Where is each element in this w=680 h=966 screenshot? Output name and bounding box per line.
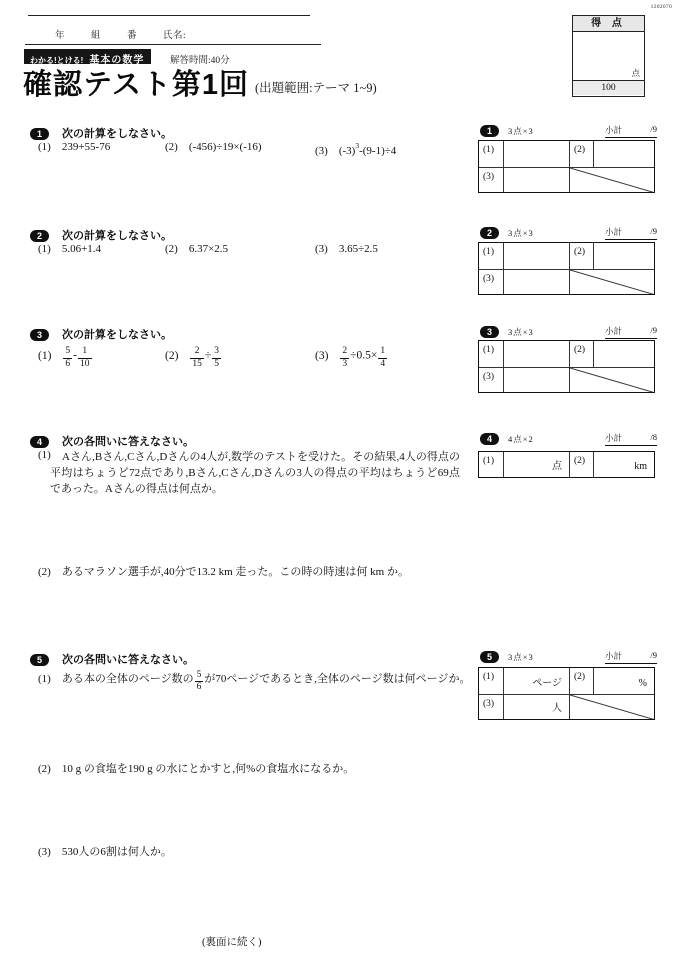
ansbox-4-answer-1[interactable]: 点 <box>503 452 569 477</box>
ansbox-3-points: 3点×3 <box>508 326 534 338</box>
question-3-badge: 3 <box>30 329 49 341</box>
q5-item-3: (3)530人の6割は何人か。 <box>38 843 172 859</box>
ansbox-5-subtotal: 小計/9 <box>605 650 657 664</box>
q1-item-2: (2)(-456)÷19×(-16) <box>165 141 262 153</box>
diagonal-strike <box>570 168 654 193</box>
q2-item-2-expr: 6.37×2.5 <box>189 243 228 255</box>
fraction: 215 <box>190 347 204 369</box>
ansbox-3-answer-1[interactable] <box>503 341 569 367</box>
q3-item-2-op: ÷ <box>205 350 211 362</box>
ansbox-1-badge: 1 <box>480 125 499 137</box>
q5-item-2-label: (2) <box>38 763 51 775</box>
ansbox-1-label-2: (2) <box>569 141 593 167</box>
ansbox-1-table: (1) (2) (3) <box>478 140 655 193</box>
ansbox-1-answer-3[interactable] <box>503 167 569 193</box>
q1-item-1-label: (1) <box>38 141 51 153</box>
diagonal-strike <box>570 270 654 295</box>
ansbox-4-table: (1) 点 (2) km <box>478 451 655 478</box>
name-field-label: 氏名: <box>163 31 186 41</box>
ansbox-4-label-1: (1) <box>479 452 503 477</box>
score-unit-label: 点 <box>631 67 640 79</box>
ansbox-1-points: 3点×3 <box>508 125 534 137</box>
name-bottom-rule <box>25 44 321 45</box>
question-5-badge: 5 <box>30 654 49 666</box>
q4-item-1-text: Aさん,Bさん,Cさん,Dさんの4人が,数学のテストを受けた。その結果,4人の得… <box>50 449 460 497</box>
ansbox-4-points: 4点×2 <box>508 433 534 445</box>
q5-item-2: (2)10 g の食塩を190 g の水にとかすと,何%の食塩水になるか。 <box>38 760 354 776</box>
q3-item-1-op: - <box>73 350 77 362</box>
ansbox-3-answer-2[interactable] <box>593 341 654 367</box>
score-entry-area[interactable]: 点 <box>573 32 644 80</box>
ansbox-3-label-2: (2) <box>569 341 593 367</box>
fraction: 23 <box>340 347 349 369</box>
q3-item-1: (1)56-110 <box>38 347 93 369</box>
name-top-rule <box>28 15 310 16</box>
answer-unit: % <box>639 678 647 689</box>
ansbox-4-label-2: (2) <box>569 452 593 477</box>
q3-item-1-label: (1) <box>38 350 51 362</box>
q1-item-1-expr: 239+55-76 <box>62 141 110 153</box>
ansbox-5-answer-1[interactable]: ページ <box>503 668 569 694</box>
ansbox-2-answer-3[interactable] <box>503 269 569 295</box>
q1-item-2-label: (2) <box>165 141 178 153</box>
ansbox-3-table: (1) (2) (3) <box>478 340 655 393</box>
class-field-label: 組 <box>91 31 101 41</box>
question-3-prompt: 次の計算をしなさい。 <box>62 329 172 341</box>
ansbox-1-label-3: (3) <box>479 167 503 193</box>
q5-item-1-pre: ある本の全体のページ数の <box>62 673 194 685</box>
ansbox-5-answer-3[interactable]: 人 <box>503 694 569 720</box>
q4-item-2-label: (2) <box>38 566 51 578</box>
subtotal-label: 小計 <box>605 650 622 662</box>
subtotal-label: 小計 <box>605 226 622 238</box>
diagonal-strike <box>570 368 654 393</box>
q3-item-3-label: (3) <box>315 350 328 362</box>
ansbox-5-points: 3点×3 <box>508 651 534 663</box>
ansbox-1-label-1: (1) <box>479 141 503 167</box>
q3-item-2: (2)215÷35 <box>165 347 222 369</box>
ansbox-2-label-1: (1) <box>479 243 503 269</box>
q2-item-3: (3)3.65÷2.5 <box>315 243 378 255</box>
ansbox-5-label-3: (3) <box>479 694 503 720</box>
subtotal-max: /8 <box>650 432 657 444</box>
q2-item-1: (1)5.06+1.4 <box>38 243 101 255</box>
fraction: 110 <box>78 347 92 369</box>
q4-item-1-label-wrap: (1) <box>38 449 51 461</box>
ansbox-5-badge: 5 <box>480 651 499 663</box>
ansbox-3-subtotal: 小計/9 <box>605 325 657 339</box>
ansbox-2-table: (1) (2) (3) <box>478 242 655 295</box>
ansbox-1-subtotal: 小計/9 <box>605 124 657 138</box>
ansbox-2-points: 3点×3 <box>508 227 534 239</box>
q4-item-1-label: (1) <box>38 449 51 461</box>
question-4-prompt: 次の各問いに答えなさい。 <box>62 436 194 448</box>
ansbox-5-answer-2[interactable]: % <box>593 668 654 694</box>
ansbox-5-label-1: (1) <box>479 668 503 694</box>
ansbox-3-void-cell <box>569 367 654 393</box>
q3-item-3-op: ÷0.5× <box>350 350 377 362</box>
score-box-title: 得 点 <box>573 16 644 32</box>
q1-item-3: (3)(-3)3-(9-1)÷4 <box>315 141 396 157</box>
subtotal-max: /9 <box>650 325 657 337</box>
q5-item-1: (1)ある本の全体のページ数の56が70ページであるとき,全体のページ数は何ペー… <box>38 670 470 693</box>
ansbox-4-badge: 4 <box>480 433 499 445</box>
ansbox-3-label-1: (1) <box>479 341 503 367</box>
q1-item-2-expr: (-456)÷19×(-16) <box>189 141 262 153</box>
q2-item-3-label: (3) <box>315 243 328 255</box>
page-title: 確認テスト第1回 <box>23 62 249 103</box>
q3-item-3: (3)23÷0.5×14 <box>315 347 388 369</box>
ansbox-5-void-cell <box>569 694 654 720</box>
score-max: 100 <box>573 80 644 95</box>
ansbox-2-answer-1[interactable] <box>503 243 569 269</box>
q3-item-2-label: (2) <box>165 350 178 362</box>
ansbox-2-label-3: (3) <box>479 269 503 295</box>
subtotal-max: /9 <box>650 124 657 136</box>
q5-item-1-post: が70ページであるとき,全体のページ数は何ページか。 <box>204 673 470 685</box>
question-1-badge: 1 <box>30 128 49 140</box>
ansbox-2-badge: 2 <box>480 227 499 239</box>
ansbox-2-void-cell <box>569 269 654 295</box>
subtotal-max: /9 <box>650 226 657 238</box>
q2-item-1-label: (1) <box>38 243 51 255</box>
name-row[interactable]: 年組番氏名: <box>55 27 186 41</box>
answer-unit: 人 <box>552 699 562 714</box>
question-4-badge: 4 <box>30 436 49 448</box>
number-field-label: 番 <box>127 31 137 41</box>
q5-item-1-label: (1) <box>38 673 51 685</box>
q5-item-3-text: 530人の6割は何人か。 <box>62 846 172 858</box>
subtotal-label: 小計 <box>605 124 622 136</box>
worksheet-page: 1202070 年組番氏名: わかる!とける! 基本の数学 解答時間:40分 確… <box>0 0 680 966</box>
answer-unit: ページ <box>532 674 562 689</box>
ansbox-1-void-cell <box>569 167 654 193</box>
ansbox-4-subtotal: 小計/8 <box>605 432 657 446</box>
fraction: 56 <box>63 347 72 369</box>
footer-note: (裏面に続く) <box>202 934 262 949</box>
question-2-prompt: 次の計算をしなさい。 <box>62 230 172 242</box>
ansbox-2-label-2: (2) <box>569 243 593 269</box>
fraction: 56 <box>195 671 204 693</box>
question-5-prompt: 次の各問いに答えなさい。 <box>62 654 194 666</box>
q2-item-2-label: (2) <box>165 243 178 255</box>
q5-item-3-label: (3) <box>38 846 51 858</box>
ansbox-1-answer-1[interactable] <box>503 141 569 167</box>
q1-item-3-base: (-3) <box>339 145 356 157</box>
title-scope: (出題範囲:テーマ 1~9) <box>255 78 377 96</box>
year-field-label: 年 <box>55 31 65 41</box>
ansbox-3-answer-3[interactable] <box>503 367 569 393</box>
ansbox-2-answer-2[interactable] <box>593 243 654 269</box>
q4-item-2: (2)あるマラソン選手が,40分で13.2 km 走った。この時の時速は何 km… <box>38 563 458 579</box>
question-1-prompt: 次の計算をしなさい。 <box>62 128 172 140</box>
ansbox-3-label-3: (3) <box>479 367 503 393</box>
subtotal-label: 小計 <box>605 325 622 337</box>
q1-item-3-rest: -(9-1)÷4 <box>359 145 396 157</box>
ansbox-2-subtotal: 小計/9 <box>605 226 657 240</box>
subtotal-label: 小計 <box>605 432 622 444</box>
q1-item-1: (1)239+55-76 <box>38 141 110 153</box>
ansbox-5-label-2: (2) <box>569 668 593 694</box>
ansbox-3-badge: 3 <box>480 326 499 338</box>
q5-item-2-text: 10 g の食塩を190 g の水にとかすと,何%の食塩水になるか。 <box>62 763 354 775</box>
q2-item-2: (2)6.37×2.5 <box>165 243 228 255</box>
q2-item-1-expr: 5.06+1.4 <box>62 243 101 255</box>
q2-item-3-expr: 3.65÷2.5 <box>339 243 378 255</box>
answer-unit: km <box>634 461 647 472</box>
fraction: 14 <box>378 347 387 369</box>
score-box: 得 点 点 100 <box>572 15 645 97</box>
ansbox-4-answer-2[interactable]: km <box>593 452 654 477</box>
ansbox-1-answer-2[interactable] <box>593 141 654 167</box>
answer-unit: 点 <box>552 457 562 472</box>
print-code: 1202070 <box>651 4 672 10</box>
question-2-badge: 2 <box>30 230 49 242</box>
fraction: 35 <box>212 347 221 369</box>
diagonal-strike <box>570 695 654 720</box>
subtotal-max: /9 <box>650 650 657 662</box>
q1-item-3-label: (3) <box>315 145 328 157</box>
q4-item-2-text: あるマラソン選手が,40分で13.2 km 走った。この時の時速は何 km か。 <box>62 566 409 578</box>
ansbox-5-table: (1) ページ (2) % (3) 人 <box>478 667 655 720</box>
